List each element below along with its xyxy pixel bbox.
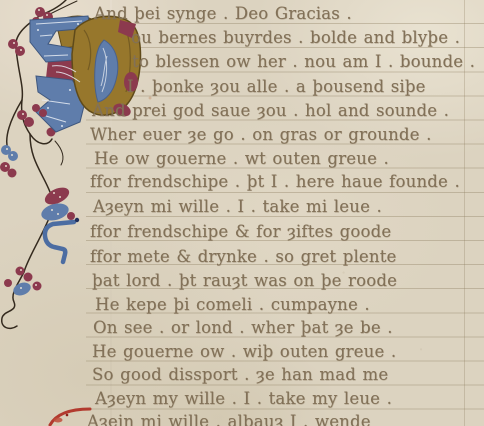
manuscript-line: ffor frendschipe & for ȝiftes goode	[90, 221, 391, 243]
manuscript-line: He kepe þi comeli . cumpayne .	[95, 294, 370, 316]
manuscript-line: þat lord . þt rauȝt was on þe roode	[92, 270, 397, 292]
manuscript-line: And prei god saue ȝou . hol and sounde .	[92, 100, 449, 122]
manuscript-line: So good dissport . ȝe han mad me	[92, 364, 388, 386]
manuscript-line: I . þonke ȝou alle . a þousend siþe	[127, 76, 426, 98]
manuscript-line: He gouerne ow . wiþ outen greue .	[92, 341, 396, 363]
manuscript-line: ffor mete & drynke . so gret plente	[90, 246, 397, 268]
manuscript-line: to blessen ow her . nou am I . bounde .	[132, 51, 475, 73]
paraph-mark	[45, 218, 79, 262]
red-paraph-fragment	[50, 409, 90, 425]
manuscript-line: He ow gouerne . wt outen greue .	[94, 148, 389, 170]
manuscript-line: On see . or lond . wher þat ȝe be .	[93, 317, 393, 339]
manuscript-line: Aȝein mi wille . alþauȝ I . wende	[87, 411, 371, 426]
manuscript-line: Wher euer ȝe go . on gras or grounde .	[90, 124, 432, 146]
manuscript-page: And þei synge . Deo Gracias . ou bernes …	[0, 0, 484, 426]
manuscript-line: And þei synge . Deo Gracias .	[94, 3, 352, 25]
manuscript-line: Aȝeyn mi wille . I . take mi leue .	[93, 196, 382, 218]
manuscript-line: ffor frendschipe . þt I . here haue foun…	[90, 171, 460, 193]
manuscript-line: ou bernes buyrdes . bolde and blyþe .	[131, 27, 460, 49]
manuscript-line: Aȝeyn my wille . I . take my leue .	[95, 388, 392, 410]
